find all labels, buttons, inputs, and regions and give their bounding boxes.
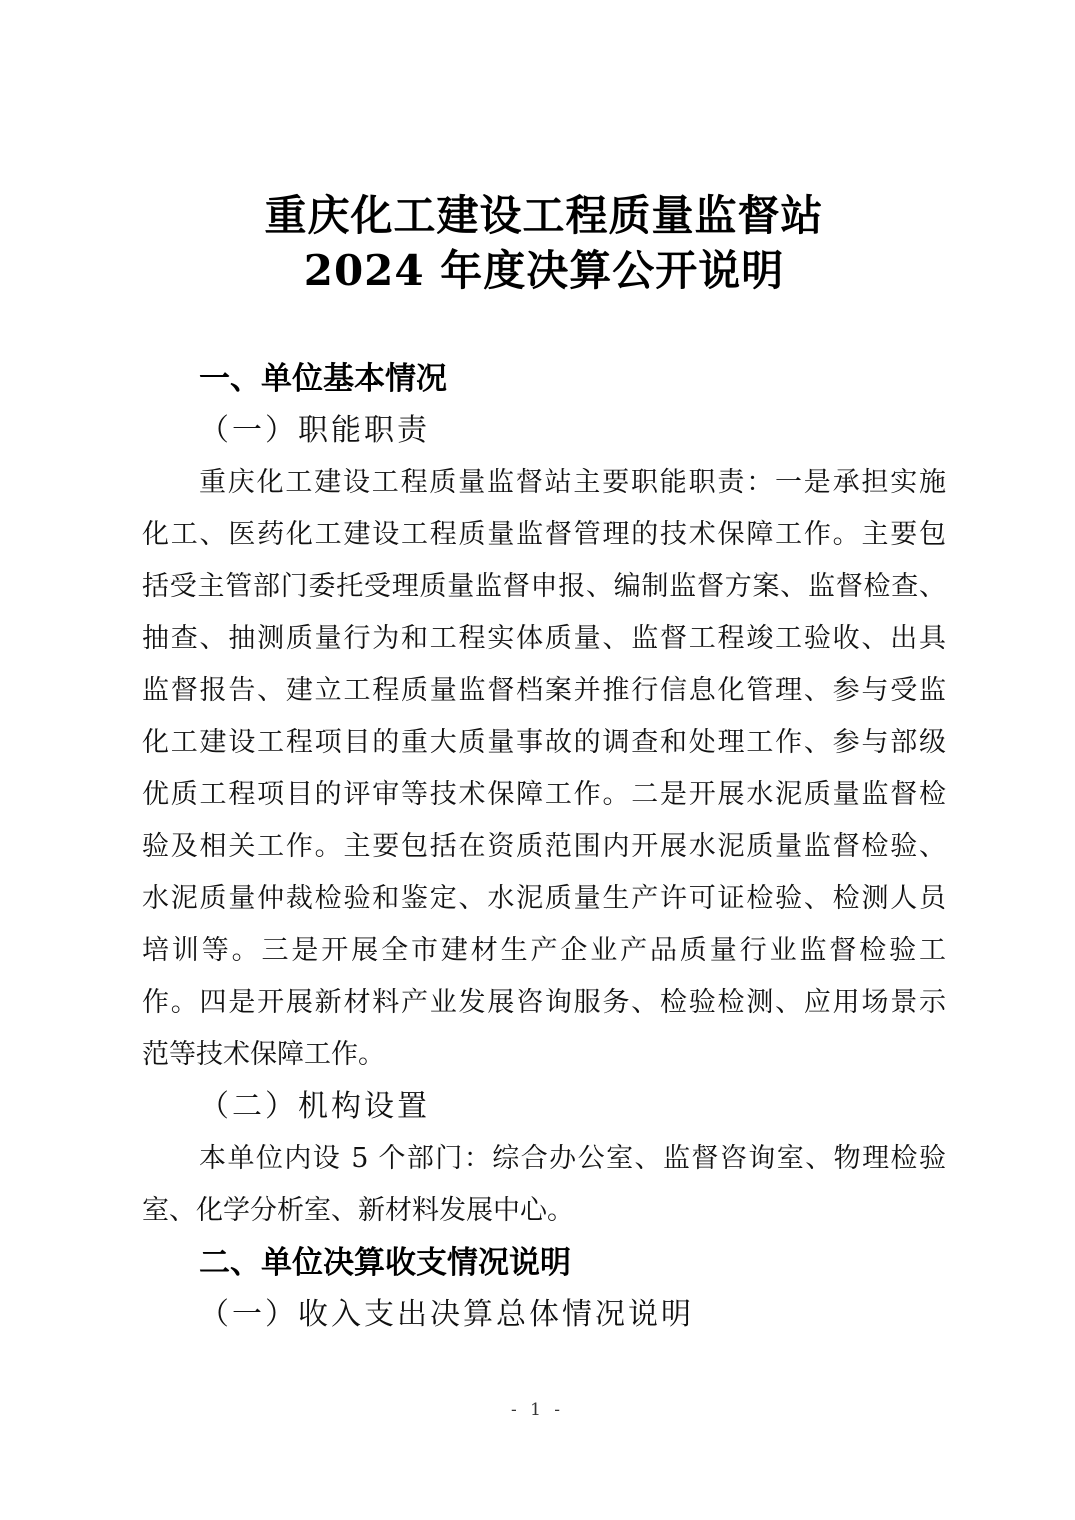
paragraph-line: 本单位内设 5 个部门：综合办公室、监督咨询室、物理检验 — [142, 1133, 946, 1185]
paragraph-line: 括受主管部门委托受理质量监督申报、编制监督方案、监督检查、 — [142, 561, 946, 613]
paragraph-line: 水泥质量仲裁检验和鉴定、水泥质量生产许可证检验、检测人员 — [142, 873, 946, 925]
page-number: - 1 - — [0, 1400, 1075, 1420]
paragraph-line: 作。四是开展新材料产业发展咨询服务、检验检测、应用场景示 — [142, 977, 946, 1029]
section-heading-budget: 二、单位决算收支情况说明 — [142, 1237, 946, 1289]
paragraph-line: 抽查、抽测质量行为和工程实体质量、监督工程竣工验收、出具 — [142, 613, 946, 665]
doc-title: 重庆化工建设工程质量监督站 2024 年度决算公开说明 — [142, 188, 946, 298]
paragraph-line: 优质工程项目的评审等技术保障工作。二是开展水泥质量监督检 — [142, 769, 946, 821]
paragraph-line: 范等技术保障工作。 — [142, 1029, 946, 1081]
paragraph-line: 验及相关工作。主要包括在资质范围内开展水泥质量监督检验、 — [142, 821, 946, 873]
doc-title-line1: 重庆化工建设工程质量监督站 — [142, 188, 946, 243]
doc-title-line2: 2024 年度决算公开说明 — [142, 243, 946, 298]
paragraph-line: 化工建设工程项目的重大质量事故的调查和处理工作、参与部级 — [142, 717, 946, 769]
duties-paragraph: 重庆化工建设工程质量监督站主要职能职责：一是承担实施化工、医药化工建设工程质量监… — [142, 457, 946, 1081]
paragraph-line: 培训等。三是开展全市建材生产企业产品质量行业监督检验工 — [142, 925, 946, 977]
paragraph-line: 化工、医药化工建设工程质量监督管理的技术保障工作。主要包 — [142, 509, 946, 561]
subheading-duties: （一）职能职责 — [142, 405, 946, 457]
subheading-budget-overview: （一）收入支出决算总体情况说明 — [142, 1289, 946, 1341]
paragraph-line: 监督报告、建立工程质量监督档案并推行信息化管理、参与受监 — [142, 665, 946, 717]
org-paragraph: 本单位内设 5 个部门：综合办公室、监督咨询室、物理检验室、化学分析室、新材料发… — [142, 1133, 946, 1237]
paragraph-line: 室、化学分析室、新材料发展中心。 — [142, 1185, 946, 1237]
title-body-gap — [142, 298, 946, 353]
subheading-org-setup: （二）机构设置 — [142, 1081, 946, 1133]
section-heading-basic-info: 一、单位基本情况 — [142, 353, 946, 405]
paragraph-line: 重庆化工建设工程质量监督站主要职能职责：一是承担实施 — [142, 457, 946, 509]
document-page: 重庆化工建设工程质量监督站 2024 年度决算公开说明 一、单位基本情况 （一）… — [142, 0, 946, 1520]
